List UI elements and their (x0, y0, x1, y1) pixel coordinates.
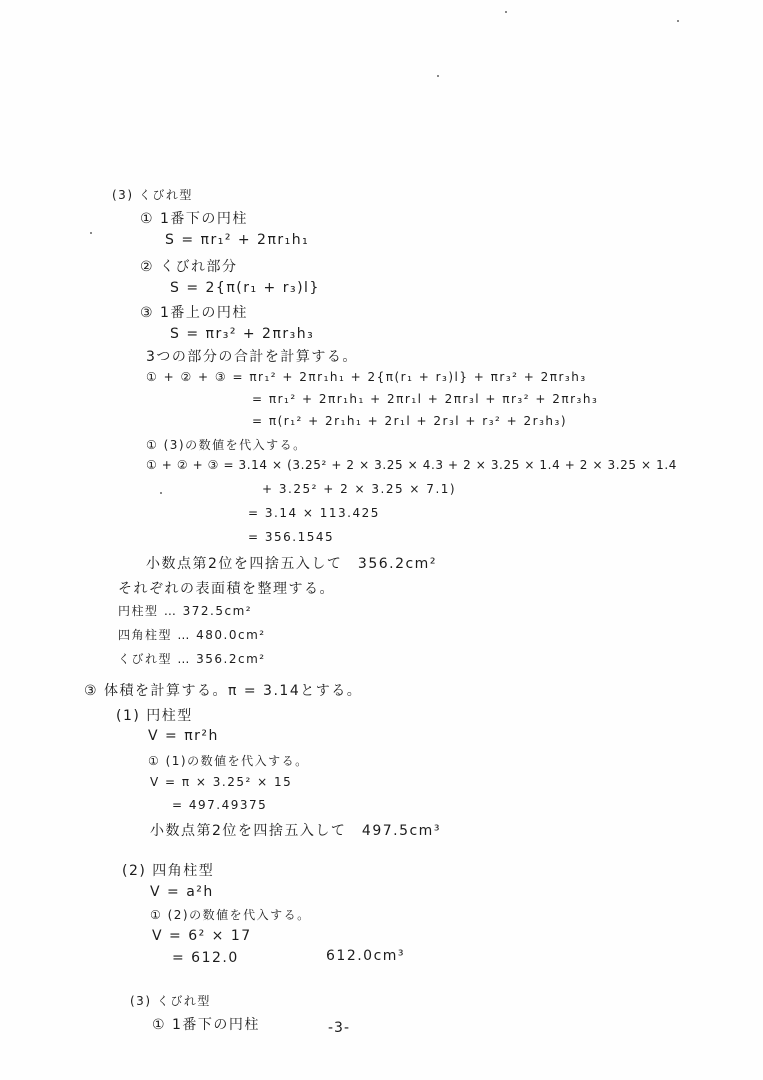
sum-line: = πr₁² + 2πr₁h₁ + 2πr₁l + 2πr₃l + πr₃² +… (252, 392, 598, 406)
subst-line: V = π × 3.25² × 15 (150, 775, 292, 789)
formula: S = πr₃² + 2πr₃h₃ (170, 326, 314, 342)
summary-intro: それぞれの表面積を整理する。 (118, 578, 335, 598)
part-label: ② くびれ部分 (140, 256, 238, 276)
formula: V = πr²h (148, 728, 219, 744)
subst-line: ① + ② + ③ = 3.14 × (3.25² + 2 × 3.25 × 4… (146, 458, 677, 472)
subst-line: = 356.1545 (248, 530, 334, 544)
result-line: = 612.0 (172, 950, 239, 966)
subst-intro: ① (3)の数値を代入する。 (146, 436, 307, 453)
summary-item: 四角柱型 … 480.0cm² (118, 626, 266, 643)
sum-line: = π(r₁² + 2r₁h₁ + 2r₁l + 2r₃l + r₃² + 2r… (252, 414, 567, 428)
volume-prism-label: (2) 四角柱型 (122, 860, 214, 880)
scan-speck (505, 11, 507, 13)
summary-item: くびれ型 … 356.2cm² (118, 650, 266, 667)
summary-item: 円柱型 … 372.5cm² (118, 602, 252, 619)
part-label: ① 1番下の円柱 (140, 208, 248, 228)
scan-speck (160, 492, 162, 494)
result-line: = 497.49375 (172, 798, 267, 812)
rounding-result: 小数点第2位を四捨五入して 356.2cm² (146, 553, 437, 573)
volume-heading: ③ 体積を計算する。π = 3.14とする。 (84, 680, 362, 700)
part-label: ① 1番下の円柱 (152, 1014, 260, 1034)
page-number: -3- (328, 1020, 350, 1036)
document-page: (3) くびれ型 ① 1番下の円柱 S = πr₁² + 2πr₁h₁ ② くび… (0, 0, 763, 1080)
sum-line: ① + ② + ③ = πr₁² + 2πr₁h₁ + 2{π(r₁ + r₃)… (146, 370, 587, 384)
section-heading: (3) くびれ型 (112, 186, 193, 203)
subst-line: = 3.14 × 113.425 (248, 506, 380, 520)
subst-line: + 3.25² + 2 × 3.25 × 7.1) (262, 482, 456, 496)
volume-kubire-label: (3) くびれ型 (130, 992, 211, 1009)
subst-line: V = 6² × 17 (152, 928, 252, 944)
subst-intro: ① (2)の数値を代入する。 (150, 906, 311, 923)
sum-intro: 3つの部分の合計を計算する。 (146, 346, 358, 366)
rounding-result: 小数点第2位を四捨五入して 497.5cm³ (150, 820, 441, 840)
scan-speck (90, 232, 92, 234)
formula: S = πr₁² + 2πr₁h₁ (165, 232, 309, 248)
formula: S = 2{π(r₁ + r₃)l} (170, 280, 320, 296)
scan-speck (677, 20, 679, 22)
final-answer: 612.0cm³ (326, 948, 405, 964)
volume-cylinder-label: (1) 円柱型 (116, 705, 193, 725)
scan-speck (437, 75, 439, 77)
part-label: ③ 1番上の円柱 (140, 302, 248, 322)
subst-intro: ① (1)の数値を代入する。 (148, 752, 309, 769)
formula: V = a²h (150, 884, 214, 900)
